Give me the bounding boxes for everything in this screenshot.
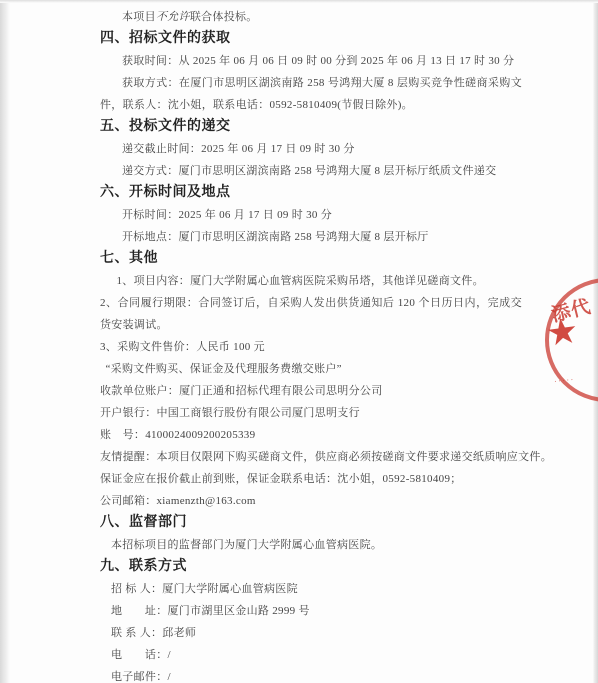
opening-time-line: 开标时间：2025 年 06 月 17 日 09 时 30 分: [100, 204, 522, 226]
bank-line: 开户银行：中国工商银行股份有限公司厦门思明支行: [100, 402, 522, 424]
deposit-line: 保证金应在报价截止前到账，保证金联系电话：沈小姐，0592-5810409；: [100, 468, 522, 490]
other-item-3: 3、采购文件售价：人民币 100 元: [100, 336, 522, 358]
acquisition-time-line: 获取时间：从 2025 年 06 月 06 日 09 时 00 分到 2025 …: [100, 50, 522, 72]
payment-account-title: “采购文件购买、保证金及代理服务费缴交账户”: [100, 358, 522, 380]
phone-line: 电 话：/: [100, 644, 522, 666]
address-line: 地 址：厦门市湖里区金山路 2999 号: [100, 600, 522, 622]
section-7-heading: 七、其他: [100, 248, 522, 270]
intro-line: 本项目不允许联合体投标。: [100, 6, 522, 28]
tender-document-page: 本项目不允许联合体投标。 四、招标文件的获取 获取时间：从 2025 年 06 …: [0, 0, 598, 683]
payee-account-line: 收款单位账户：厦门正通和招标代理有限公司思明分公司: [100, 380, 522, 402]
section-6-heading: 六、开标时间及地点: [100, 182, 522, 204]
contact-person-line: 联 系 人：邱老师: [100, 622, 522, 644]
account-number-line: 账 号：4100024009200205339: [100, 424, 522, 446]
email-field-line: 电子邮件：/: [100, 666, 522, 683]
intro-pre: 本项目: [122, 11, 156, 23]
other-item-1: 1、项目内容：厦门大学附属心血管病医院采购吊塔，其他详见磋商文件。: [100, 270, 522, 292]
submission-method-line: 递交方式：厦门市思明区湖滨南路 258 号鸿翔大厦 8 层开标厅纸质文件递交: [100, 160, 522, 182]
intro-post: 联合体投标。: [190, 11, 258, 23]
section-5-heading: 五、投标文件的递交: [100, 116, 522, 138]
section-4-heading: 四、招标文件的获取: [100, 28, 522, 50]
submission-deadline-line: 递交截止时间：2025 年 06 月 17 日 09 时 30 分: [100, 138, 522, 160]
supervision-body-line: 本招标项目的监督部门为厦门大学附属心血管病医院。: [100, 534, 522, 556]
friendly-reminder-line: 友情提醒：本项目仅限网下购买磋商文件，供应商必须按磋商文件要求递交纸质响应文件。: [100, 446, 522, 468]
section-9-heading: 九、联系方式: [100, 556, 522, 578]
opening-place-line: 开标地点：厦门市思明区湖滨南路 258 号鸿翔大厦 8 层开标厅: [100, 226, 522, 248]
tenderee-line: 招 标 人：厦门大学附属心血管病医院: [100, 578, 522, 600]
section-8-heading: 八、监督部门: [100, 512, 522, 534]
acquisition-method-paragraph: 获取方式：在厦门市思明区湖滨南路 258 号鸿翔大厦 8 层购买竞争性磋商采购文…: [100, 72, 522, 116]
other-item-2-paragraph: 2、合同履行期限：合同签订后，自采购人发出供货通知后 120 个日历日内，完成交…: [100, 292, 522, 336]
intro-emphasis: 不允许: [156, 11, 190, 23]
company-email-line: 公司邮箱：xiamenzth@163.com: [100, 490, 522, 512]
